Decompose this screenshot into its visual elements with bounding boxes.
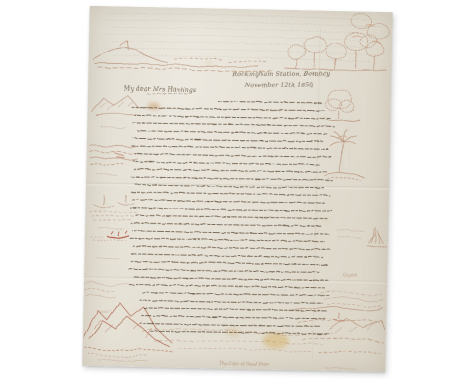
handwriting-line	[130, 222, 321, 227]
paper-stains	[143, 60, 334, 350]
handwriting-line	[131, 191, 330, 196]
handwriting-line	[132, 230, 329, 235]
heading-place-line: Rockingham Station, Bombay	[231, 71, 330, 79]
handwriting-line	[135, 114, 331, 119]
handwriting-line	[132, 199, 326, 204]
handwriting-line	[130, 253, 323, 258]
handwriting-line	[142, 292, 330, 297]
handwriting-line	[135, 215, 327, 220]
handwriting-line	[130, 261, 327, 266]
handwriting-body	[127, 99, 335, 335]
heading-date-line: November 12th 1850	[244, 82, 313, 89]
sketch-red-canoe-left	[91, 230, 129, 241]
handwriting-line	[130, 207, 333, 212]
letter-artwork: Rockingham Station, Bombay November 12th…	[82, 6, 392, 372]
handwriting-line	[135, 153, 332, 158]
sketch-sea-and-boat-bottom-right	[289, 306, 386, 354]
handwriting-line	[130, 176, 332, 181]
handwriting-line	[129, 238, 325, 243]
handwriting-line	[131, 145, 329, 150]
caption-hill-left	[101, 127, 126, 129]
sketch-sea-swell-left	[89, 145, 137, 166]
sketch-surf-study-left	[83, 283, 130, 312]
handwriting-line	[132, 122, 334, 127]
caption-swell-left	[96, 174, 118, 175]
caption-bottom-right	[325, 367, 356, 369]
handwriting-line	[140, 322, 320, 327]
handwriting-line	[143, 307, 327, 312]
handwriting-line	[133, 245, 331, 250]
salutation: My dear Mrs Hastings	[123, 86, 196, 95]
photograph-background: Rockingham Station, Bombay November 12th…	[0, 0, 468, 382]
sketch-bushy-tree-right	[325, 89, 360, 121]
sketch-hill-study-left	[92, 95, 140, 116]
caption-ceylon: Ceylon	[343, 272, 358, 277]
handwriting-line	[141, 315, 325, 320]
caption-right-line2	[338, 237, 362, 239]
caption-right-line1	[337, 230, 363, 232]
caption-cape-of-good-hope: The Cape of Good Hope	[219, 361, 270, 367]
sketch-island-shore-right	[320, 291, 384, 307]
handwriting-line	[218, 101, 322, 104]
handwriting-line	[132, 107, 326, 112]
sketch-palm-tree-right	[324, 129, 365, 181]
handwriting-line	[132, 161, 320, 166]
handwriting-line	[140, 299, 323, 304]
sketch-aloe-plant-right	[367, 228, 387, 248]
caption-boats-left	[98, 228, 123, 230]
letter-sheet: Rockingham Station, Bombay November 12th…	[82, 6, 392, 372]
caption-canoe-left	[96, 258, 120, 260]
handwriting-line	[129, 284, 325, 289]
handwriting-line	[137, 130, 327, 135]
sketch-mountain-range-bottom-left	[82, 302, 175, 358]
caption-bottom-left	[98, 360, 147, 362]
handwriting-line	[128, 268, 319, 273]
handwriting-line	[133, 168, 327, 173]
handwriting-line	[133, 138, 323, 143]
